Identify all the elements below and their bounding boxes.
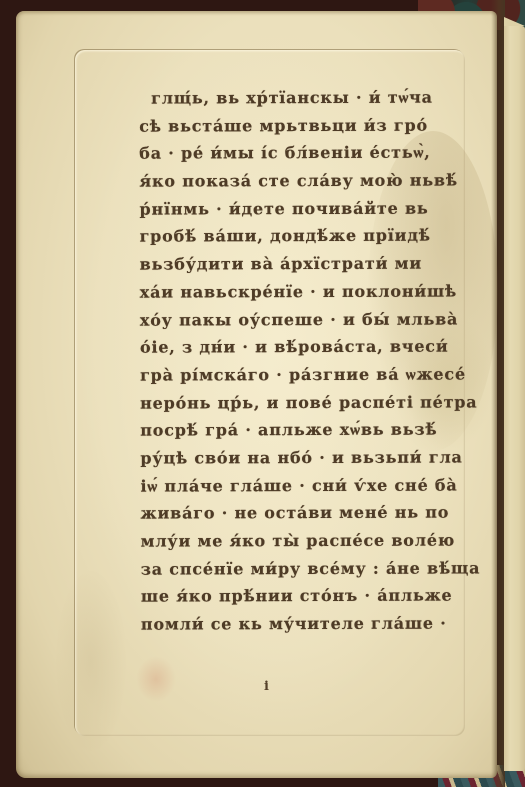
text-line: іѡ́ пла́че гла́ше · сни́ ѵ́хе сне́ ба̀: [140, 471, 492, 500]
text-line: посрѣ́ гра́ · апльже хѡ́вь вьзѣ́: [140, 416, 492, 445]
stain-bottom-left: [56, 571, 126, 751]
stain-red-left: [136, 656, 176, 702]
text-line: неро́нь цр́ь, и пове́ распе́ті пе́тра: [140, 388, 492, 417]
quire-mark: і: [264, 679, 269, 694]
text-line: хо́у пакы оу́спеше · и бы́ мльва̀: [140, 305, 492, 334]
text-block: глщ́ь, вь хр́тїанскы · и́ тѡ́ча сѣ вьста…: [139, 83, 493, 638]
text-line: млу́и ме я́ко ты̀ распе́се воле́ю: [141, 526, 493, 555]
manuscript-photo: глщ́ь, вь хр́тїанскы · и́ тѡ́ча сѣ вьста…: [0, 0, 525, 787]
text-line: гра̀ рі́мска́го · ра́згние ва́ ѡжесе́: [140, 360, 492, 389]
text-line: я́ко показа́ сте сла́ву мою̀ ньвѣ́: [139, 166, 491, 195]
text-line: вьзбу́дити ва̀ а́рхїстрати́ ми: [140, 250, 492, 279]
text-line: глщ́ь, вь хр́тїанскы · и́ тѡ́ча: [139, 83, 491, 112]
gutter-shadow: [491, 0, 505, 787]
text-line: за спсе́нїе ми́ру все́му : а́не вѣ́ща: [141, 554, 493, 583]
text-line: ше я́ко прѣ́нии сто́нъ · а́пльже: [141, 582, 493, 611]
text-line: р́нїнмь · и́дете почива́йте вь: [139, 194, 491, 223]
text-line: гробѣ́ ва́ши, дондѣ́же прїидѣ́: [140, 222, 492, 251]
text-line: жива́го · не оста́ви мене́ нь по: [140, 499, 492, 528]
text-line: ха́и навьскре́нїе · и поклони́шѣ: [140, 277, 492, 306]
facing-page-edge: [504, 26, 525, 771]
text-line: о́іе, з дн́и · и вѣ́рова́ста, вчеси́: [140, 333, 492, 362]
manuscript-page: глщ́ь, вь хр́тїанскы · и́ тѡ́ча сѣ вьста…: [16, 11, 497, 778]
text-line: ба · ре́ и́мы і́с бл́веніи е́стьѡ̀,: [139, 139, 491, 168]
text-line: помли́ се кь му́чителе гла́ше ·: [141, 609, 493, 638]
text-line: сѣ вьста́ше мрьтвьци и́з гро́: [139, 111, 491, 140]
text-line: ру́цѣ сво́и на нбо́ · и вьзьпи́ гла: [140, 443, 492, 472]
